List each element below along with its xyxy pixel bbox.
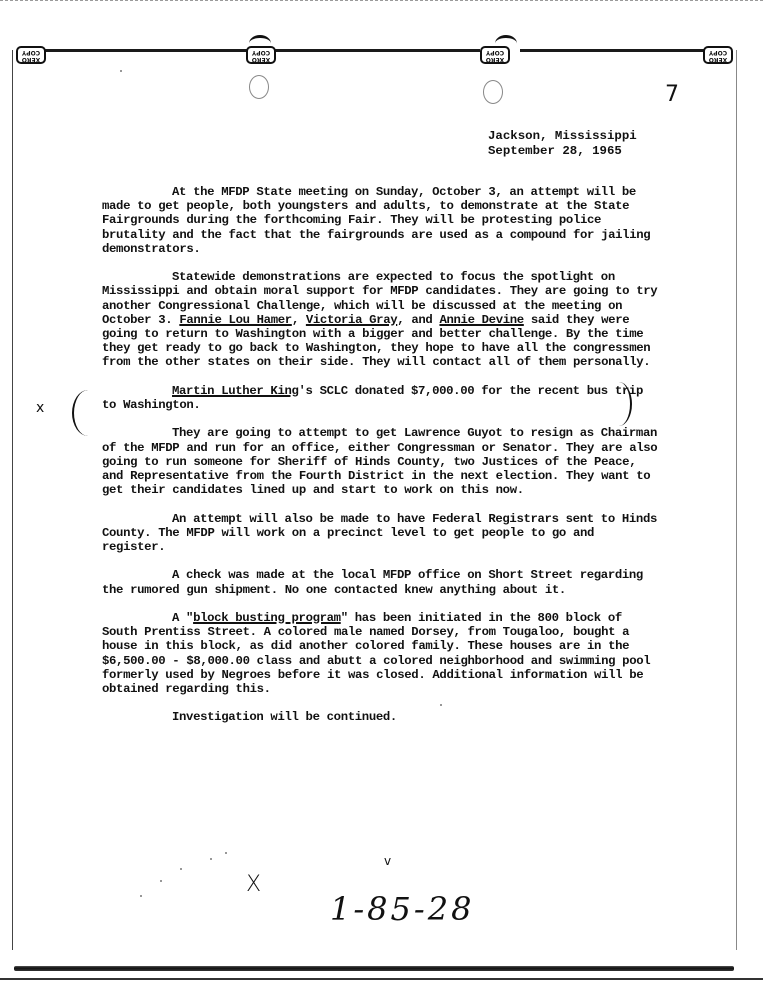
paragraph-candidates: They are going to attempt to get Lawrenc… <box>102 426 662 497</box>
margin-x-mark: x <box>36 400 44 416</box>
paragraph-closing: Investigation will be continued. <box>102 710 662 724</box>
dateline: Jackson, Mississippi September 28, 1965 <box>488 129 637 159</box>
paragraph-gun-shipment: A check was made at the local MFDP offic… <box>102 568 662 596</box>
scan-speckle <box>160 880 162 882</box>
paragraph-federal-registrars: An attempt will also be made to have Fed… <box>102 512 662 555</box>
paragraph-fairgrounds-demonstration: At the MFDP State meeting on Sunday, Oct… <box>102 185 662 256</box>
binder-ring-icon <box>249 35 271 52</box>
handwritten-bracket-left <box>72 390 104 436</box>
binder-rule <box>270 49 480 52</box>
handwritten-check-mark: v <box>384 854 391 868</box>
underlined-name: Victoria Gray <box>306 313 397 327</box>
paragraph-congressional-challenge: Statewide demonstrations are expected to… <box>102 270 662 369</box>
paragraph-sclc-donation: Martin Luther King's SCLC donated $7,000… <box>102 384 662 412</box>
underlined-phrase: block busting program <box>193 611 341 625</box>
page-left-edge <box>12 50 13 950</box>
scan-speckle <box>120 70 122 72</box>
binder-rule <box>520 49 720 52</box>
binder-rule <box>22 49 252 52</box>
punch-hole-icon <box>249 75 269 99</box>
handwritten-page-number: 7 <box>665 82 679 107</box>
binder-bottom-rule <box>14 966 734 971</box>
page-right-edge <box>736 50 737 950</box>
underlined-name: Fannie Lou Hamer <box>179 313 291 327</box>
xerox-copy-tab-icon: COPY XERO <box>16 46 46 64</box>
handwritten-file-number: 1-85-28 <box>330 890 474 928</box>
scan-speckle <box>440 704 442 706</box>
handwritten-x-mark: X <box>246 872 261 897</box>
binder-ring-icon <box>495 35 517 52</box>
scan-speckle <box>225 852 227 854</box>
scan-speckle <box>140 895 142 897</box>
scan-speckle <box>210 858 212 860</box>
paragraph-block-busting: A "block busting program" has been initi… <box>102 611 662 696</box>
underlined-name: Annie Devine <box>439 313 523 327</box>
underlined-name: Martin Luther King <box>172 384 299 398</box>
dateline-date: September 28, 1965 <box>488 144 637 159</box>
dateline-place: Jackson, Mississippi <box>488 129 637 144</box>
scan-top-border <box>0 0 763 1</box>
memo-body: At the MFDP State meeting on Sunday, Oct… <box>102 185 662 739</box>
scan-speckle <box>180 868 182 870</box>
punch-hole-icon <box>483 80 503 104</box>
xerox-copy-tab-icon: COPY XERO <box>703 46 733 64</box>
handwritten-bracket-right <box>606 382 632 426</box>
scan-bottom-border <box>0 978 763 980</box>
